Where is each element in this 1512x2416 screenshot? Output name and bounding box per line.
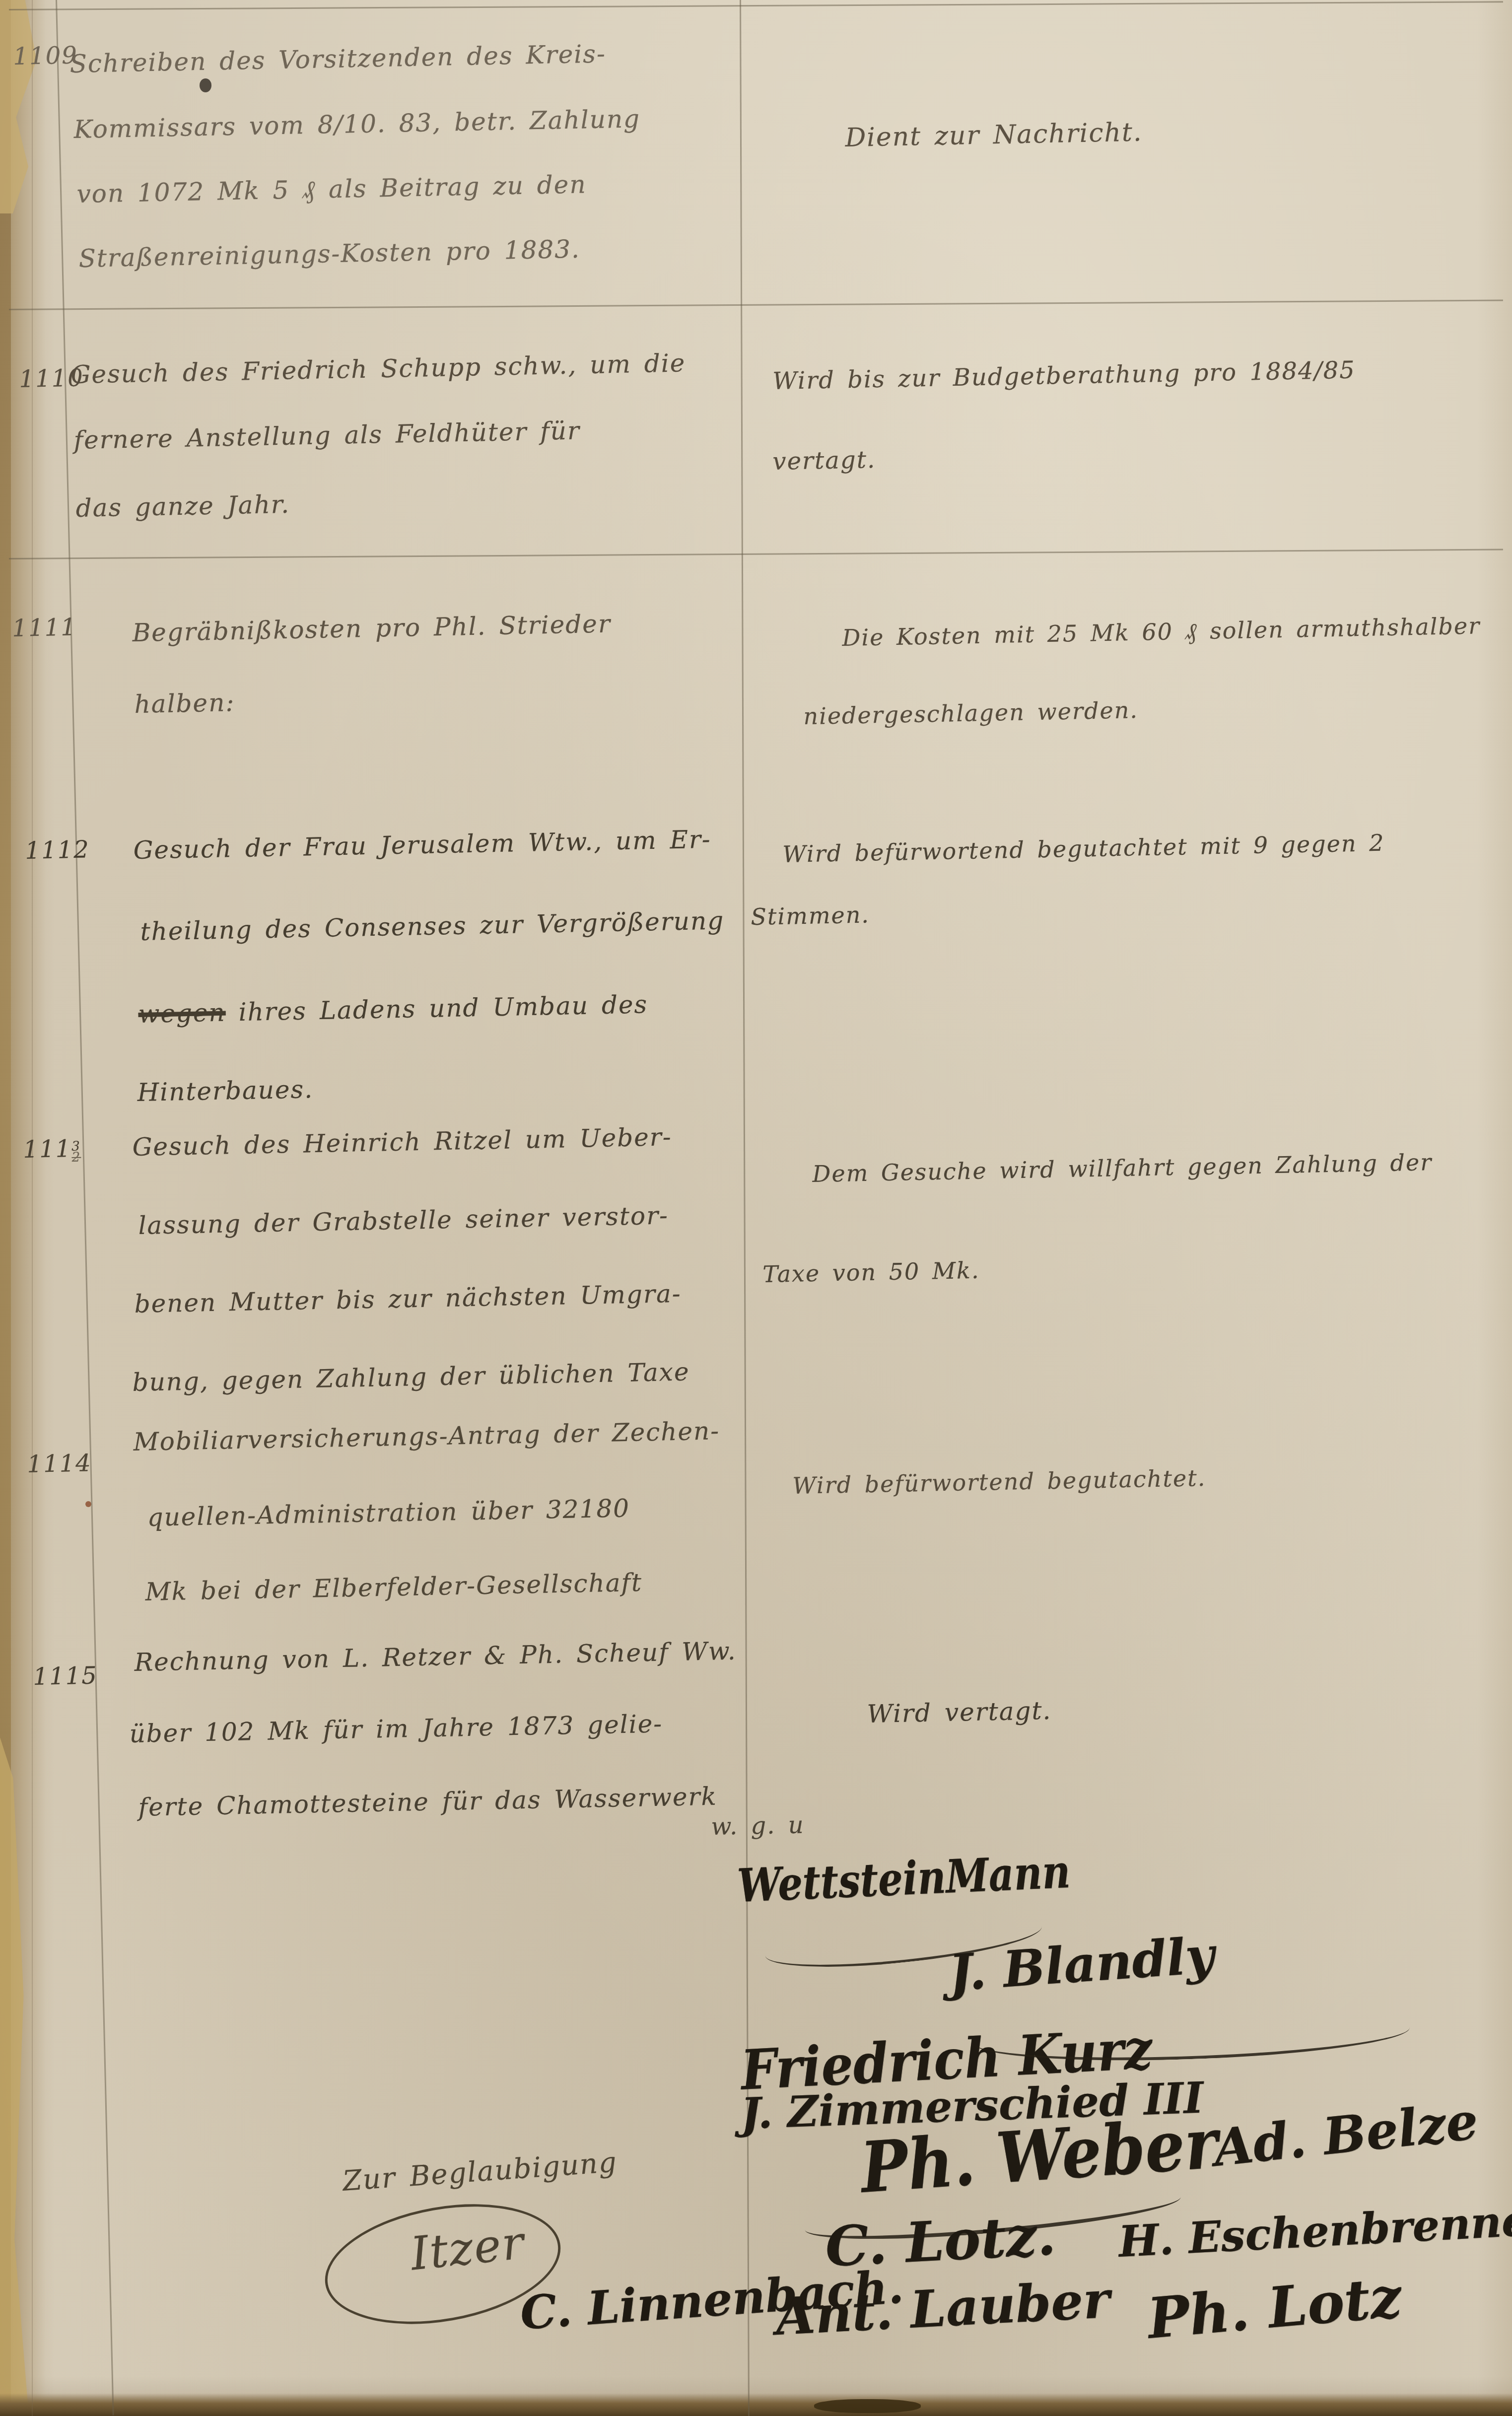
entry-decision-line: Wird befürwortend begutachtet mit 9 gege… [782,829,1385,868]
manuscript-page: 1109 Schreiben des Vorsitzenden des Krei… [0,0,1512,2416]
entry-request-line: halben: [134,688,235,719]
entry-request-line: Gesuch des Heinrich Ritzel um Ueber- [132,1122,672,1162]
entry-request-line: Gesuch des Friedrich Schupp schw., um di… [70,348,686,389]
entry-decision-line: Die Kosten mit 25 Mk 60 ₰ sollen armuths… [842,612,1481,651]
book-edge-shadow [814,2399,921,2413]
entry-decision-line: vertagt. [772,446,876,476]
paper-crease [32,0,33,2416]
entry-request-line: Hinterbaues. [137,1075,314,1107]
entry-request-line: wegen ihres Ladens und Umbau des [138,990,648,1029]
entry-request-line: Rechnung von L. Retzer & Ph. Scheuf Ww. [134,1637,737,1677]
entry-decision-line: Stimmen. [751,901,870,930]
entry-number-correction: 32 [71,1141,81,1164]
row-divider-line-1 [9,300,1503,310]
signature-flourish [972,2004,1411,2067]
entry-request-line: Kommissars vom 8/10. 83, betr. Zahlung [73,104,641,144]
signature: Ph. Lotz [1145,2265,1404,2351]
entry-request-line: Straßenreinigungs-Kosten pro 1883. [78,235,580,273]
entry-decision-line: niedergeschlagen werden. [803,696,1138,730]
entry-request-line: Gesuch der Frau Jerusalem Wtw., um Er- [133,825,711,865]
entry-decision-line: Dient zur Nachricht. [845,118,1143,153]
entry-number: 1114 [27,1450,92,1478]
entry-decision-line: Taxe von 50 Mk. [762,1257,980,1288]
entry-request-line: Begräbnißkosten pro Phl. Strieder [132,609,611,647]
entry-request-line: ferte Chamottesteine für das Wasserwerk [138,1782,717,1822]
entry-number: 1112 [25,836,90,865]
entry-request-line: quellen-Administration über 32180 [147,1494,630,1532]
entry-request-line: Mobiliarversicherungs-Antrag der Zechen- [133,1416,720,1456]
top-rule-line [9,1,1503,10]
entry-number: 11132 [23,1135,81,1165]
entry-request-line: Schreiben des Vorsitzenden des Kreis- [69,39,606,78]
entry-request-line-text: ihres Ladens und Umbau des [238,990,648,1027]
entry-decision-line: Wird bis zur Budgetberathung pro 1884/85 [772,356,1356,395]
row-divider-line-2 [9,549,1503,559]
entry-request-line: lassung der Grabstelle seiner verstor- [138,1201,669,1240]
entry-request-line: theilung des Consenses zur Vergrößerung [140,906,725,946]
signature: H. Eschenbrenner [1117,2194,1512,2267]
struck-out-word: wegen [138,998,226,1029]
entry-number-base: 111 [23,1135,72,1164]
signature: Ad. Belze [1211,2091,1481,2178]
entry-decision-line: Dem Gesuche wird willfahrt gegen Zahlung… [812,1149,1433,1187]
overwritten-digit: 2 [71,1152,81,1164]
entry-request-line: von 1072 Mk 5 ₰ als Beitrag zu den [76,170,587,208]
entry-number: 1115 [33,1662,98,1691]
signature: WettsteinMann [736,1845,1071,1913]
entry-number: 1111 [12,614,77,642]
entry-request-line: über 102 Mk für im Jahre 1873 gelie- [129,1709,663,1748]
entry-request-line: das ganze Jahr. [75,490,290,523]
entry-number: 1109 [13,42,78,70]
rust-speck [85,1501,91,1507]
entry-request-line: Mk bei der Elberfelder-Gesellschaft [145,1568,643,1606]
attestation-label: Zur Beglaubigung [342,2146,619,2198]
closing-abbreviation-mark: w. g. u [711,1811,805,1841]
entry-request-line: fernere Anstellung als Feldhüter für [73,416,580,455]
ink-speck [200,78,211,92]
entry-decision-line: Wird befürwortend begutachtet. [792,1464,1206,1499]
entry-request-line: bung, gegen Zahlung der üblichen Taxe [132,1357,690,1397]
book-bottom-edge [0,2393,1512,2416]
entry-decision-line: Wird vertagt. [867,1696,1052,1728]
entry-request-line: benen Mutter bis zur nächsten Umgra- [134,1279,682,1318]
